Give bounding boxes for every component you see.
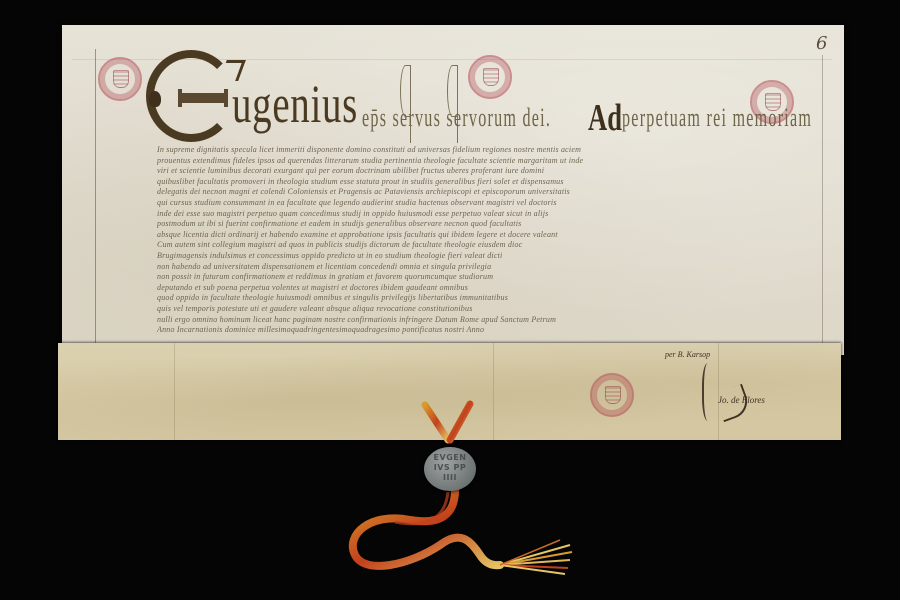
- seal-line: IIII: [424, 473, 476, 483]
- silk-cord: [0, 0, 900, 600]
- seal-line: EVGEN: [424, 453, 476, 463]
- seal-line: IVS PP: [424, 463, 476, 473]
- lead-bulla-seal-icon: EVGEN IVS PP IIII: [424, 447, 476, 491]
